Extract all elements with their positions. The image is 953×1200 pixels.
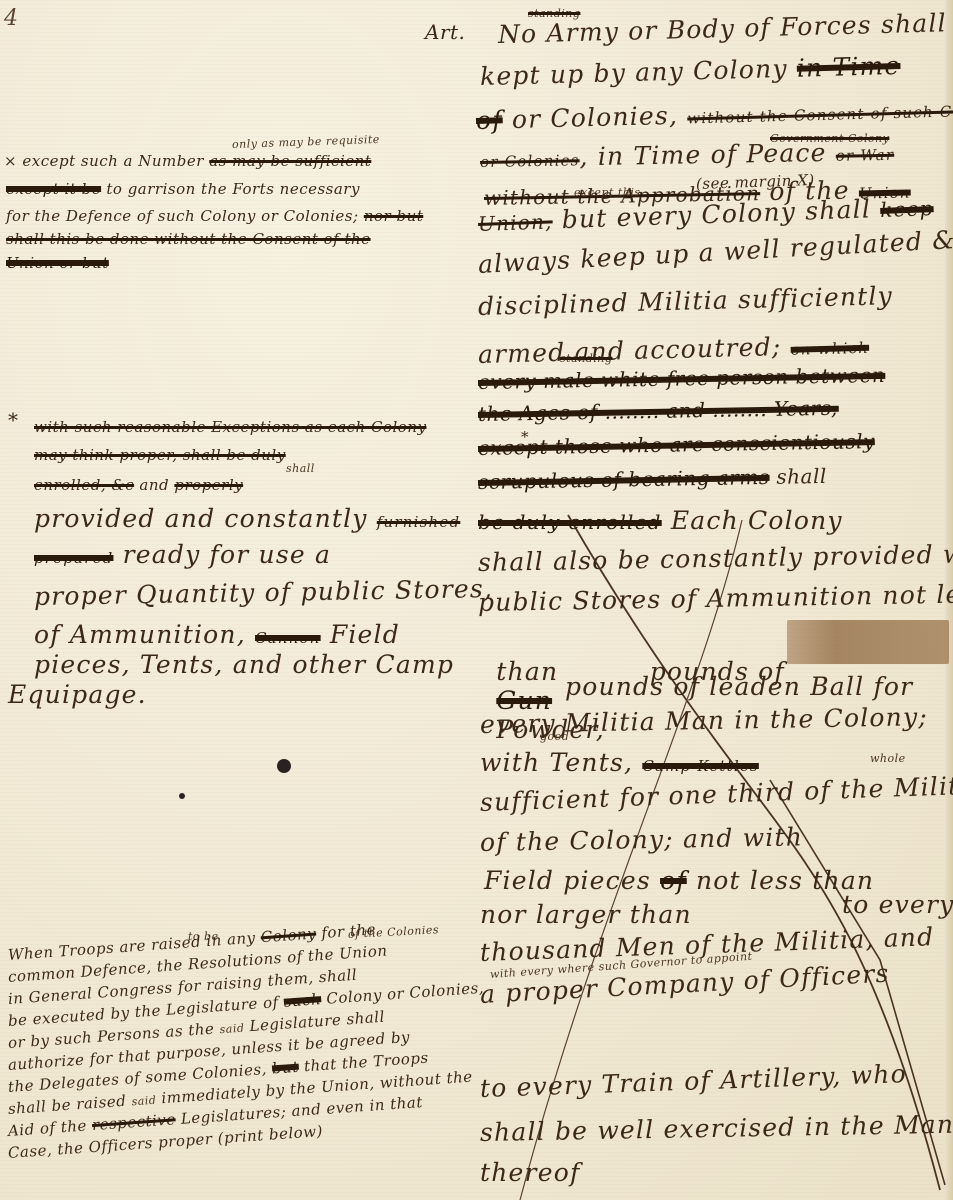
margin-x-line-2: except it be to garrison the Forts neces…	[6, 180, 360, 198]
insert-government-colony: Government Colony	[770, 132, 889, 145]
margin-star-line-2: may think proper, shall be duly	[34, 446, 286, 464]
main-line-25-right: to every	[842, 890, 953, 919]
margin-star-marker: *	[8, 408, 19, 432]
margin-star-line-8: pieces, Tents, and other Camp	[34, 650, 454, 679]
margin-x-line-3: for the Defence of such Colony or Coloni…	[6, 207, 423, 225]
main-line-25: nor larger than	[480, 900, 692, 929]
main-line-21: with Tents, Camp Kettles	[480, 748, 759, 777]
margin-star-line-3: enrolled, &c and properly	[34, 476, 243, 494]
margin-star-line-9: Equipage.	[8, 680, 147, 709]
margin-x-line-1: × except such a Number as may be suffici…	[4, 152, 371, 170]
ink-spot	[179, 793, 185, 799]
insert-good: good	[540, 730, 569, 743]
main-line-24: Field pieces of not less than	[484, 866, 874, 895]
margin-star-line-5: prepared ready for use a	[34, 540, 331, 569]
insert-whole: whole	[870, 752, 906, 765]
margin-star-line-7: of Ammunition, Cannon Field	[34, 620, 400, 649]
margin-x-line-4: shall this be done without the Consent o…	[6, 230, 371, 248]
main-line-23: of the Colony; and with	[480, 822, 804, 857]
insert-except: except this	[574, 186, 641, 199]
main-line-30: thereof	[480, 1158, 580, 1187]
ink-blot	[277, 759, 291, 773]
margin-star-line-4: provided and constantly furnished	[34, 504, 460, 533]
margin-x-line-5: Union or but	[6, 254, 109, 272]
margin-star-insert-shall: shall	[286, 462, 315, 475]
insert-standing-2: standing	[560, 352, 612, 365]
main-line-19: pounds of leaden Ball for	[565, 672, 913, 701]
margin-star-line-1: with such reasonable Exceptions as each …	[34, 418, 426, 436]
article-label: Art.	[425, 20, 465, 44]
main-line-15: be duly enrolled Each Colony	[478, 506, 843, 535]
